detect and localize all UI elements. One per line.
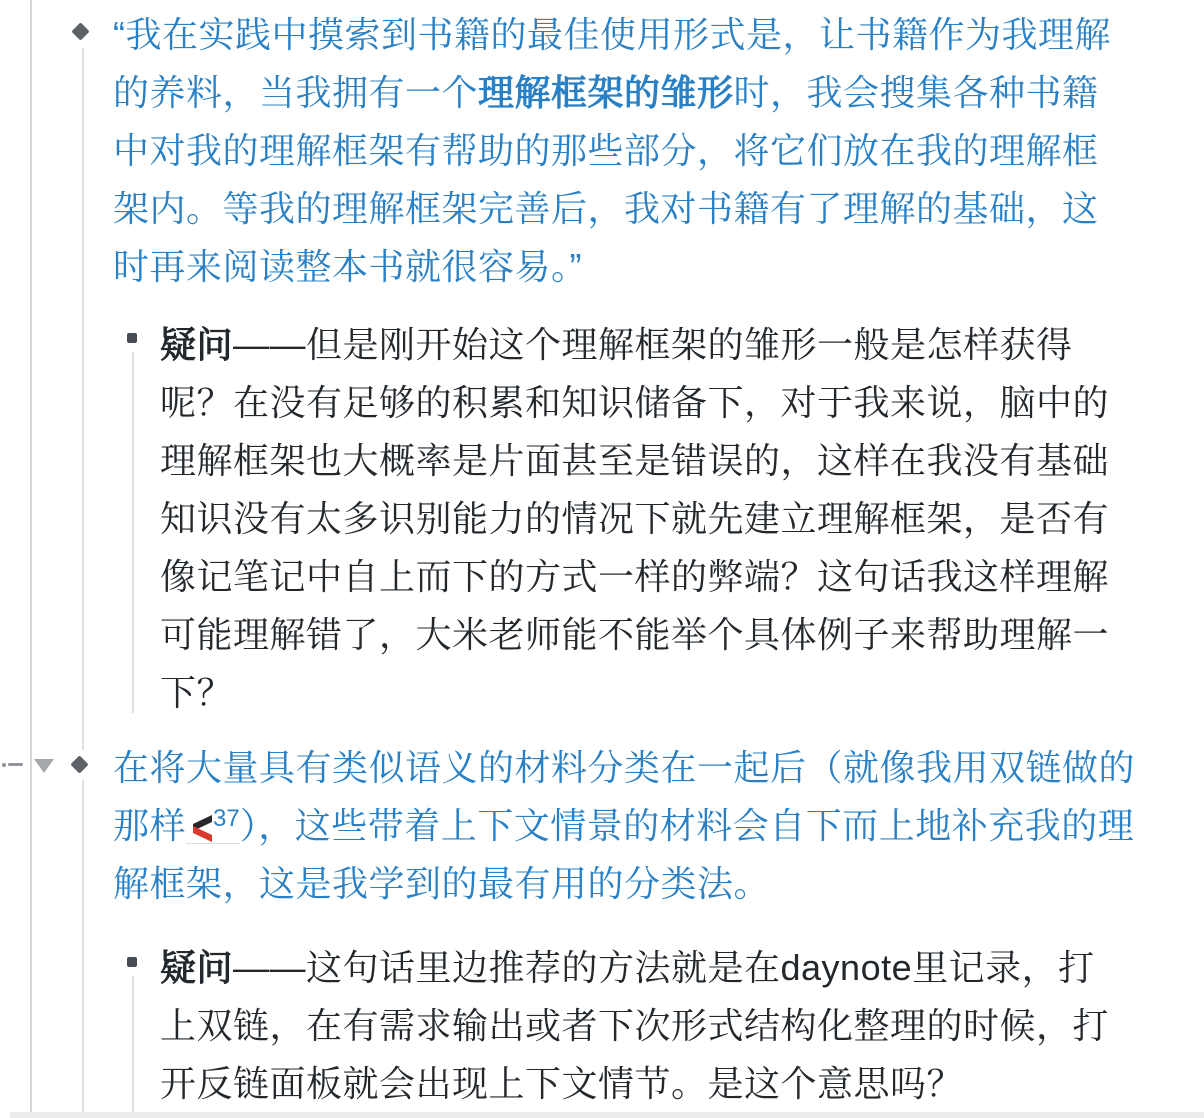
thread-line-bullet4	[132, 976, 134, 1112]
reference-number: 37	[213, 805, 240, 832]
outline-block-question[interactable]: 疑问——但是刚开始这个理解框架的雏形一般是怎样获得呢？在没有足够的积累和知识储备…	[160, 316, 1114, 722]
question-label: 疑问	[160, 947, 233, 988]
outline-block-statement[interactable]: 在将大量具有类似语义的材料分类在一起后（就像我用双链做的那样37），这些带着上下…	[113, 739, 1135, 913]
quote-text-bold: 理解框架的雏形	[478, 72, 734, 113]
diamond-bullet-icon[interactable]	[70, 755, 88, 773]
drag-handle-bar	[8, 763, 23, 766]
collapse-arrow-icon[interactable]	[34, 759, 54, 773]
chevron-ribbon-clip-icon	[186, 815, 213, 842]
question-label: 疑问	[160, 324, 233, 365]
thread-line-bullet2	[132, 352, 134, 713]
diamond-bullet-icon[interactable]	[71, 22, 89, 40]
drag-handle-dot	[2, 763, 6, 767]
statement-text: ），这些带着上下文情景的材料会自下而上地补充我的理解框架，这是我学到的最有用的分…	[113, 805, 1134, 904]
next-section-divider	[10, 1112, 1204, 1118]
question-text: ——但是刚开始这个理解框架的雏形一般是怎样获得呢？在没有足够的积累和知识储备下，…	[160, 324, 1109, 713]
thread-line-bullet3	[82, 780, 84, 1112]
square-bullet-icon[interactable]	[127, 333, 137, 343]
drag-handle-icon[interactable]	[2, 762, 24, 768]
outline-block-question[interactable]: 疑问——这句话里边推荐的方法就是在daynote里记录，打上双链，在有需求输出或…	[160, 939, 1114, 1113]
thread-line-bullet1	[82, 48, 84, 750]
reference-link[interactable]: 37	[186, 815, 240, 844]
outline-block-quote[interactable]: “我在实践中摸索到书籍的最佳使用形式是，让书籍作为我理解的养料，当我拥有一个理解…	[113, 6, 1133, 296]
thread-line-ancestor	[30, 0, 32, 1112]
question-text: ——这句话里边推荐的方法就是在daynote里记录，打上双链，在有需求输出或者下…	[160, 947, 1109, 1104]
square-bullet-icon[interactable]	[127, 957, 137, 967]
